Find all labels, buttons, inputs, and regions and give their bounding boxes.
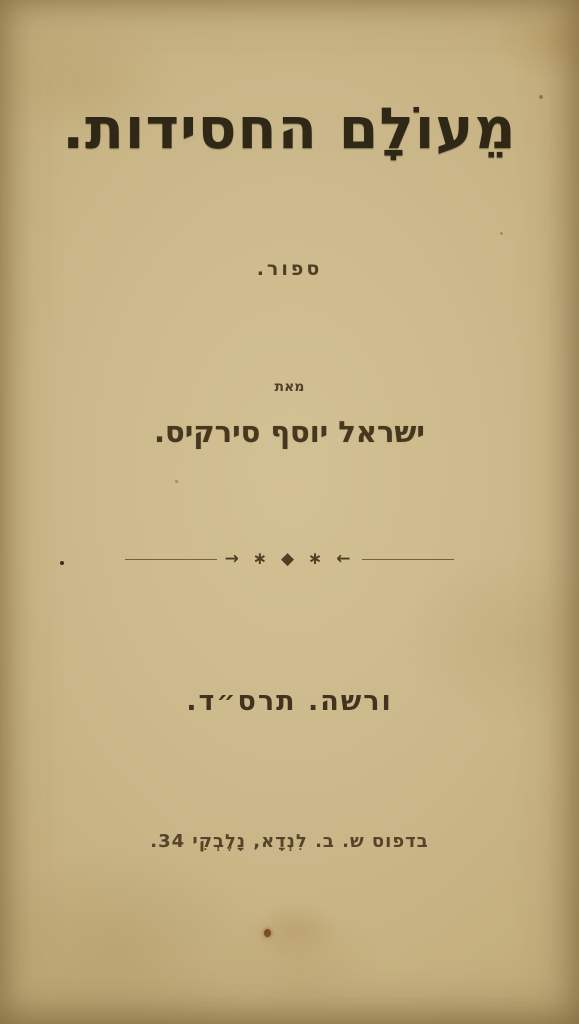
ornament-fleuron-icon: → ∗ ◆ ∗ ← <box>217 551 363 568</box>
genre-label: ספור. <box>0 258 579 280</box>
scanned-page: מֵעוֹלָם החסידות. ספור. מאת ישראל יוסף ס… <box>0 0 579 1024</box>
book-title: מֵעוֹלָם החסידות. <box>0 96 579 162</box>
ornament-rule-left <box>125 559 217 560</box>
ornament-divider: → ∗ ◆ ∗ ← <box>0 551 579 568</box>
author-name: ישראל יוסף סירקיס. <box>0 415 579 449</box>
place-and-year: ורשה. תרס״ד. <box>0 686 579 717</box>
byline-label: מאת <box>0 379 579 395</box>
paper-stain <box>250 900 340 960</box>
paper-speck <box>175 480 178 483</box>
ornament-rule-right <box>362 559 454 560</box>
printer-imprint: בדפוס ש. ב. לִנְדָא, נָלֶבְקִי 34. <box>0 831 579 852</box>
ink-speck <box>60 561 64 565</box>
paper-speck <box>539 95 543 99</box>
paper-speck <box>500 232 503 235</box>
